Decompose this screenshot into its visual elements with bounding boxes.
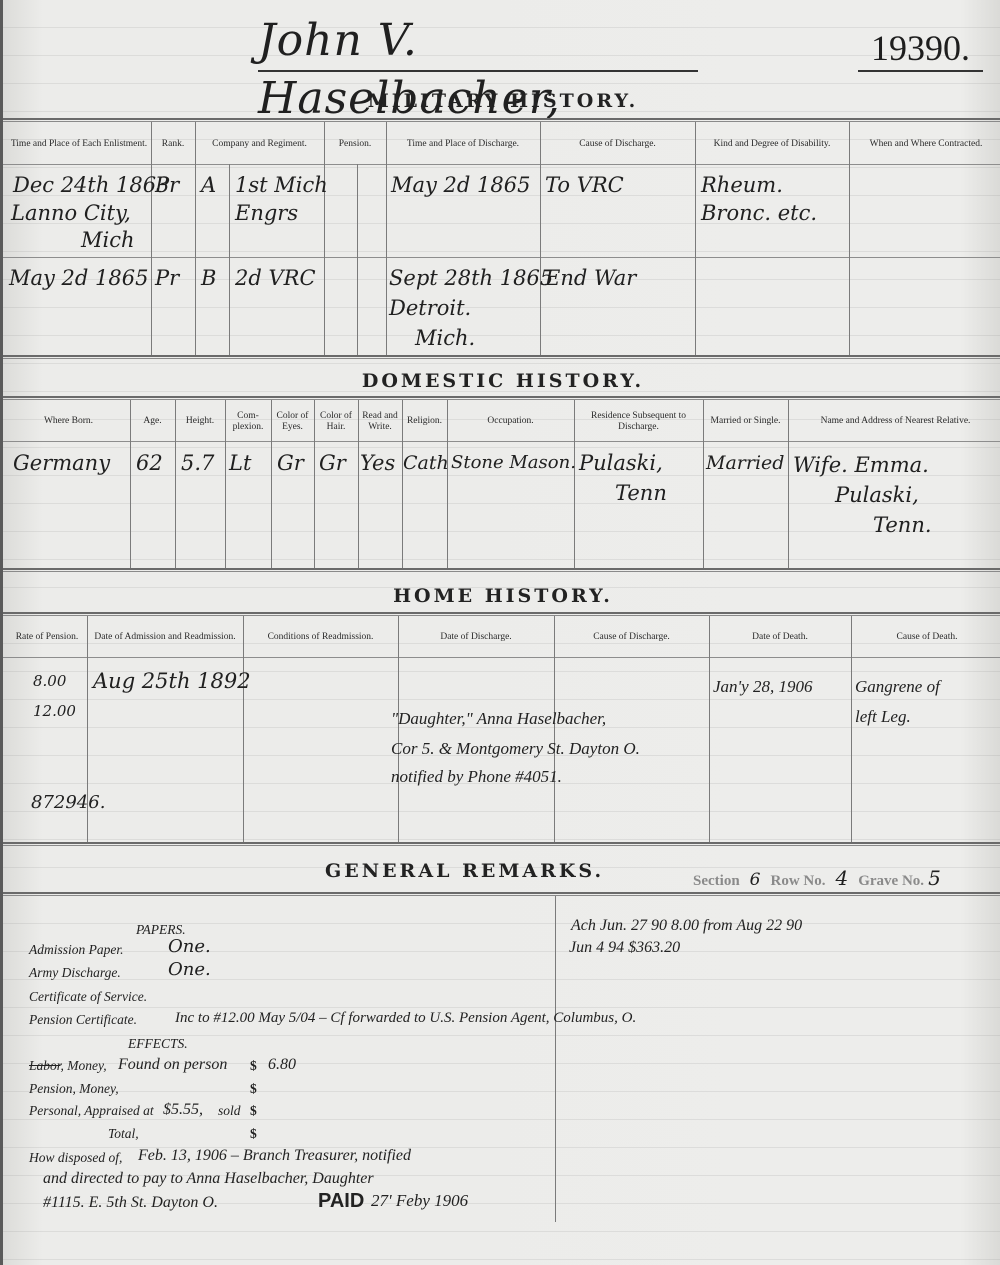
divider	[3, 396, 1000, 400]
enlistment-place: Lanno City,	[11, 200, 131, 226]
burial-location: Section 6 Row No. 4 Grave No. 5	[693, 866, 941, 890]
height: 5.7	[181, 450, 214, 476]
section-value: 6	[750, 870, 761, 890]
col-header-hair: Color of Hair.	[314, 402, 358, 441]
personal-appraised-label: Personal, Appraised at	[29, 1103, 154, 1119]
company: A	[201, 172, 216, 198]
col-header-residence: Residence Subsequent to Discharge.	[574, 402, 703, 441]
row-label: Row No.	[771, 873, 826, 889]
dollar-sign: $	[250, 1058, 257, 1074]
divider	[3, 164, 1000, 165]
col-header-enlistment: Time and Place of Each Enlistment.	[7, 124, 151, 164]
col-header-age: Age.	[130, 402, 175, 441]
relative-city: Pulaski,	[835, 482, 919, 508]
col-header-pension: Pension.	[324, 124, 386, 164]
grave-label: Grave No.	[858, 873, 924, 889]
personal-appraised-value: $5.55,	[163, 1097, 203, 1123]
column-line	[357, 164, 358, 355]
effects-heading: EFFECTS.	[128, 1036, 188, 1052]
admission-date: Aug 25th 1892	[93, 668, 251, 694]
col-header-disability: Kind and Degree of Disability.	[695, 124, 849, 164]
grave-value: 5	[928, 866, 941, 890]
date-of-death: Jan'y 28, 1906	[713, 674, 812, 700]
record-number: 19390.	[858, 26, 983, 72]
col-header-admission: Date of Admission and Readmission.	[87, 618, 243, 657]
dollar-sign: $	[250, 1126, 257, 1142]
cause-of-death: Gangrene of	[855, 674, 940, 700]
col-header-readmission-conditions: Conditions of Readmission.	[243, 618, 398, 657]
col-header-home-discharge-cause: Cause of Discharge.	[554, 618, 709, 657]
divider	[3, 892, 1000, 896]
paid-stamp: PAID	[318, 1190, 364, 1213]
pension-certificate-label: Pension Certificate.	[29, 1012, 137, 1028]
col-header-rate-pension: Rate of Pension.	[7, 618, 87, 657]
disability: Rheum.	[701, 172, 783, 198]
divider	[3, 257, 1000, 258]
dollar-sign: $	[250, 1103, 257, 1119]
where-born: Germany	[13, 450, 110, 476]
section-label: Section	[693, 873, 740, 889]
labor-money-note: Found on person	[118, 1052, 227, 1078]
discharge-note-line-1: "Daughter," Anna Haselbacher,	[391, 706, 606, 732]
col-header-company-regiment: Company and Regiment.	[195, 124, 324, 164]
regiment: 2d VRC	[235, 265, 316, 291]
cause-of-death-line-2: left Leg.	[855, 704, 911, 730]
row-value: 4	[836, 866, 849, 890]
rank: Pr	[155, 265, 179, 291]
divider	[3, 441, 1000, 442]
divider	[3, 118, 1000, 122]
residence: Pulaski,	[579, 450, 663, 476]
disability-line-2: Bronc. etc.	[701, 200, 817, 226]
general-remarks-title: GENERAL REMARKS.	[325, 860, 604, 882]
company: B	[201, 265, 216, 291]
army-discharge-value: One.	[168, 957, 211, 983]
ledger-page: John V. Haselbacher, 19390. MILITARY HIS…	[0, 0, 1000, 1265]
labor-money-label: Labor, Money,	[29, 1058, 107, 1074]
col-header-home-discharge-date: Date of Discharge.	[398, 618, 554, 657]
rank: Pr	[155, 172, 179, 198]
discharge-place: Detroit.	[389, 295, 471, 321]
disposed-label: How disposed of,	[29, 1150, 122, 1166]
col-header-read-write: Read and Write.	[358, 402, 402, 441]
disposed-line-2: and directed to pay to Anna Haselbacher,…	[43, 1166, 374, 1192]
col-header-where-born: Where Born.	[7, 402, 130, 441]
enlistment-date: May 2d 1865	[9, 265, 148, 291]
col-header-eyes: Color of Eyes.	[271, 402, 314, 441]
column-line	[229, 164, 230, 355]
complexion: Lt	[229, 450, 251, 476]
total-label: Total,	[108, 1126, 139, 1142]
marital-status: Married	[706, 450, 784, 476]
regiment: 1st Mich	[235, 172, 328, 198]
veteran-name: John V. Haselbacher,	[258, 12, 698, 72]
regiment-line-2: Engrs	[235, 200, 298, 226]
domestic-history-title: DOMESTIC HISTORY.	[3, 370, 1000, 392]
col-header-discharge: Time and Place of Discharge.	[386, 124, 540, 164]
nearest-relative: Wife. Emma.	[793, 452, 929, 478]
pension-number: 872946.	[31, 790, 105, 816]
col-header-religion: Religion.	[402, 402, 447, 441]
pension-money-label: Pension, Money,	[29, 1081, 119, 1097]
hair-color: Gr	[319, 450, 346, 476]
certificate-of-service-label: Certificate of Service.	[29, 989, 147, 1005]
discharge-date: Sept 28th 1865	[389, 265, 553, 291]
pension-rate-initial: 8.00	[33, 668, 66, 694]
admission-paper-label: Admission Paper.	[29, 942, 124, 958]
relative-state: Tenn.	[873, 512, 932, 538]
residence-state: Tenn	[615, 480, 667, 506]
discharge-state: Mich.	[415, 325, 475, 351]
paid-date: 27' Feby 1906	[371, 1188, 468, 1214]
col-header-complexion: Com- plexion.	[225, 402, 271, 441]
col-header-married: Married or Single.	[703, 402, 788, 441]
age: 62	[136, 450, 163, 476]
divider	[3, 842, 1000, 846]
enlistment-state: Mich	[81, 227, 135, 253]
disposed-line-3: #1115. E. 5th St. Dayton O.	[43, 1190, 218, 1216]
col-header-cause-of-death: Cause of Death.	[851, 618, 1000, 657]
col-header-height: Height.	[175, 402, 225, 441]
read-write: Yes	[360, 450, 395, 476]
eye-color: Gr	[277, 450, 304, 476]
religion: Cath	[403, 450, 449, 476]
enlistment-date: Dec 24th 1863	[13, 172, 170, 198]
divider	[3, 568, 1000, 572]
col-header-cause-discharge: Cause of Discharge.	[540, 124, 695, 164]
right-remark-line-2: Jun 4 94 $363.20	[569, 935, 680, 961]
pension-certificate-value: Inc to #12.00 May 5/04 – Cf forwarded to…	[175, 1005, 636, 1031]
col-header-date-of-death: Date of Death.	[709, 618, 851, 657]
col-header-occupation: Occupation.	[447, 402, 574, 441]
column-line	[555, 896, 556, 1222]
home-history-title: HOME HISTORY.	[3, 585, 1000, 607]
divider	[3, 355, 1000, 359]
col-header-contracted: When and Where Contracted.	[849, 124, 1000, 164]
army-discharge-label: Army Discharge.	[29, 965, 121, 981]
dollar-sign: $	[250, 1081, 257, 1097]
discharge-cause: To VRC	[545, 172, 624, 198]
pension-rate-increased: 12.00	[33, 698, 76, 724]
military-history-title: MILITARY HISTORY.	[3, 90, 1000, 112]
discharge-note-line-3: notified by Phone #4051.	[391, 764, 562, 790]
col-header-nearest-relative: Name and Address of Nearest Relative.	[788, 402, 1000, 441]
personal-sold-label: sold	[218, 1103, 241, 1119]
labor-money-amount: 6.80	[268, 1052, 296, 1078]
discharge-date: May 2d 1865	[391, 172, 530, 198]
occupation: Stone Mason.	[451, 450, 576, 476]
discharge-cause: End War	[545, 265, 636, 291]
discharge-note-line-2: Cor 5. & Montgomery St. Dayton O.	[391, 736, 640, 762]
col-header-rank: Rank.	[151, 124, 195, 164]
